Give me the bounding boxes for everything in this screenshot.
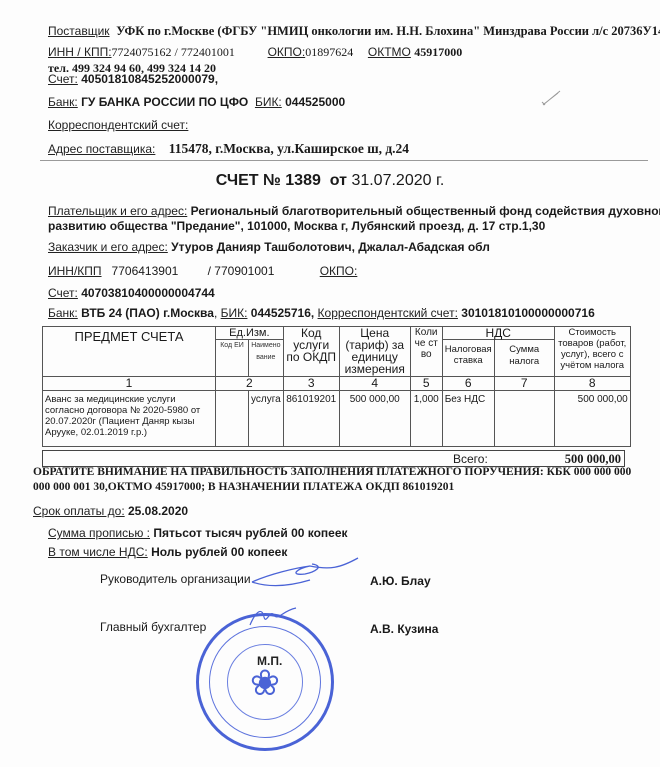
invoice-from: от	[330, 172, 347, 189]
organization-stamp: ❀ М.П.	[196, 613, 334, 751]
supplier-corr-line: Корреспондентский счет:	[48, 118, 188, 132]
supplier-oktmo-label: ОКТМО	[368, 45, 411, 59]
col-number: 8	[554, 377, 630, 391]
invoice-number: СЧЕТ № 1389	[216, 172, 321, 189]
supplier-bank-label: Банк:	[48, 95, 78, 109]
col-number: 5	[410, 377, 442, 391]
checkmark-icon	[540, 88, 562, 106]
row-vat-rate: Без НДС	[442, 391, 494, 447]
supplier-label: Поставщик	[48, 24, 110, 38]
accountant-label: Главный бухгалтер	[100, 620, 206, 634]
total-label: Всего:	[453, 452, 488, 466]
director-signature	[250, 554, 360, 590]
header-vat-rate: Налоговая ставка	[442, 340, 494, 377]
supplier-corr-label: Корреспондентский счет:	[48, 118, 188, 132]
invoice-date: 31.07.2020 г.	[351, 172, 444, 189]
row-price: 500 000,00	[339, 391, 410, 447]
supplier-bik-value: 044525000	[285, 95, 345, 109]
director-name: А.Ю. Блау	[370, 574, 431, 588]
payer-okpo-label: ОКПО:	[320, 264, 358, 278]
column-numbers-row: 1 2 3 4 5 6 7 8	[43, 377, 631, 391]
payer-line1: Плательщик и его адрес: Региональный бла…	[48, 204, 660, 218]
payer-inn-kpp-line: ИНН/КПП 7706413901 / 770901001 ОКПО:	[48, 264, 357, 278]
header-vat: НДС	[442, 327, 554, 340]
invoice-table: ПРЕДМЕТ СЧЕТА Ед.Изм. Код услуги по ОКДП…	[42, 326, 631, 447]
payer-corr-value: 30101810100000000716	[461, 306, 594, 320]
supplier-value: УФК по г.Москве (ФГБУ "НМИЦ онкологии им…	[116, 24, 660, 38]
payer-account-label: Счет:	[48, 286, 78, 300]
supplier-line: Поставщик УФК по г.Москве (ФГБУ "НМИЦ он…	[48, 24, 660, 39]
divider	[40, 160, 648, 161]
col-number: 3	[283, 377, 339, 391]
supplier-address-label: Адрес поставщика:	[48, 142, 155, 156]
header-unit-name: Наимено вание	[249, 340, 284, 377]
director-label: Руководитель организации	[100, 572, 251, 586]
due-label: Срок оплаты до:	[33, 504, 125, 518]
customer-label: Заказчик и его адрес:	[48, 240, 168, 254]
payer-bank-line: Банк: ВТБ 24 (ПАО) г.Москва, БИК: 044525…	[48, 306, 595, 320]
row-subject: Аванс за медицинские услуги согласно дог…	[43, 391, 216, 447]
col-number: 7	[494, 377, 554, 391]
header-subject: ПРЕДМЕТ СЧЕТА	[43, 327, 216, 377]
col-number: 6	[442, 377, 494, 391]
payer-corr-label: Корреспондентский счет:	[318, 306, 458, 320]
amount-words-label: Сумма прописью :	[48, 526, 150, 540]
header-total: Стоимость товаров (работ, услуг), всего …	[554, 327, 630, 377]
payer-value-line1: Региональный благотворительный обществен…	[191, 204, 660, 218]
row-unit-code	[216, 391, 249, 447]
col-number: 4	[339, 377, 410, 391]
customer-value: Утуров Данияр Ташболотович, Джалал-Абадс…	[171, 240, 490, 254]
col-number: 2	[216, 377, 284, 391]
col-number: 1	[43, 377, 216, 391]
payer-inn: 7706413901	[112, 264, 179, 278]
vat-words-label: В том числе НДС:	[48, 545, 148, 559]
invoice-title: СЧЕТ № 1389 от 31.07.2020 г.	[0, 172, 660, 190]
header-unit: Ед.Изм.	[216, 327, 284, 340]
payer-account-value: 40703810400000004744	[81, 286, 214, 300]
supplier-bank-line: Банк: ГУ БАНКА РОССИИ ПО ЦФО БИК: 044525…	[48, 95, 345, 109]
row-unit-name: услуга	[249, 391, 284, 447]
payer-value-line2: развитию общества "Предание", 101000, Мо…	[48, 219, 545, 233]
supplier-account-value: 40501810845252000079,	[81, 72, 218, 86]
accountant-name: А.В. Кузина	[370, 622, 438, 636]
payer-bik-value: 044525716,	[251, 306, 314, 320]
header-vat-sum: Сумма налога	[494, 340, 554, 377]
table-row: Аванс за медицинские услуги согласно дог…	[43, 391, 631, 447]
supplier-account-line: Счет: 40501810845252000079,	[48, 72, 218, 86]
payer-bank-value: ВТБ 24 (ПАО) г.Москва	[81, 306, 214, 320]
supplier-okpo-value: 01897624	[305, 45, 353, 59]
table-header-row: ПРЕДМЕТ СЧЕТА Ед.Изм. Код услуги по ОКДП…	[43, 327, 631, 340]
payment-notice-line1: ОБРАТИТЕ ВНИМАНИЕ НА ПРАВИЛЬНОСТЬ ЗАПОЛН…	[33, 466, 631, 478]
header-okdp: Код услуги по ОКДП	[283, 327, 339, 377]
supplier-bik-label: БИК:	[255, 95, 282, 109]
due-value: 25.08.2020	[128, 504, 188, 518]
supplier-inn-kpp-value: 7724075162 / 772401001	[112, 45, 235, 59]
payer-bik-label: БИК:	[221, 306, 248, 320]
due-date-line: Срок оплаты до: 25.08.2020	[33, 504, 188, 518]
supplier-bank-value: ГУ БАНКА РОССИИ ПО ЦФО	[81, 95, 248, 109]
row-vat-sum	[494, 391, 554, 447]
row-total: 500 000,00	[554, 391, 630, 447]
row-okdp: 861019201	[283, 391, 339, 447]
amount-words-line: Сумма прописью : Пятьсот тысяч рублей 00…	[48, 526, 348, 540]
payer-label: Плательщик и его адрес:	[48, 204, 187, 218]
supplier-inn-kpp-line: ИНН / КПП:7724075162 / 772401001 ОКПО:01…	[48, 45, 462, 60]
supplier-oktmo-value: 45917000	[414, 45, 462, 59]
row-qty: 1,000	[410, 391, 442, 447]
amount-words-value: Пятьсот тысяч рублей 00 копеек	[153, 526, 347, 540]
total-row: Всего: 500 000,00	[42, 450, 625, 467]
supplier-address-line: Адрес поставщика: 115478, г.Москва, ул.К…	[48, 140, 409, 158]
payer-account-line: Счет: 40703810400000004744	[48, 286, 215, 300]
supplier-okpo-label: ОКПО:	[268, 45, 306, 59]
header-unit-code: Код ЕИ	[216, 340, 249, 377]
stamp-mp-label: М.П.	[257, 654, 282, 668]
total-value: 500 000,00	[565, 452, 621, 467]
payer-inn-kpp-label: ИНН/КПП	[48, 264, 102, 278]
accountant-signature	[248, 605, 298, 629]
payment-notice-line2: 000 000 001 30,ОКТМО 45917000; В НАЗНАЧЕ…	[33, 481, 454, 493]
supplier-address-value: 115478, г.Москва, ул.Каширское ш, д.24	[169, 141, 409, 156]
payer-bank-label: Банк:	[48, 306, 78, 320]
payer-kpp: / 770901001	[208, 264, 275, 278]
supplier-inn-kpp-label: ИНН / КПП:	[48, 45, 112, 59]
supplier-account-label: Счет:	[48, 72, 78, 86]
header-price: Цена (тариф) за единицу измерения	[339, 327, 410, 377]
header-qty: Количе ство	[410, 327, 442, 377]
customer-line: Заказчик и его адрес: Утуров Данияр Ташб…	[48, 240, 490, 254]
